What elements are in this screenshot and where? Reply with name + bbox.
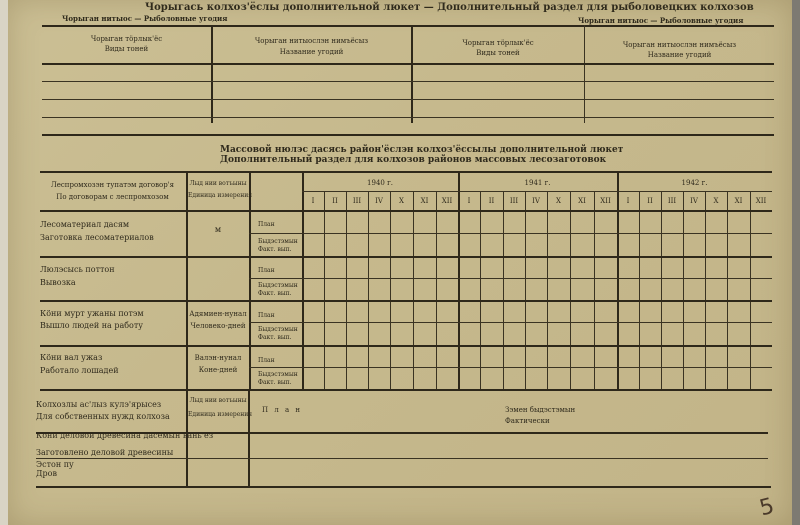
fact-label-ru: Факт. вып.	[258, 246, 292, 254]
col-header-3-udm: Чорыган тӧрлык'ёс	[412, 38, 584, 48]
year-1940: 1940 г.	[302, 179, 458, 187]
row-4-ru: Работало лошадей	[40, 366, 119, 376]
grid-line	[324, 191, 325, 389]
fact-label-ru: Факт. вып.	[258, 290, 292, 298]
month-label: I	[458, 192, 480, 210]
month-label: II	[480, 192, 503, 210]
col-header-1-ru: Виды тоней	[42, 44, 211, 54]
plan-label: План	[258, 220, 275, 230]
unit-header-udm: Лыд нии вотъыны	[188, 180, 248, 187]
row-line	[40, 389, 772, 391]
top-section-title: Чорыгась колхоз'ёслы дополнительной люке…	[145, 3, 754, 13]
col-header-4-ru: Название угодий	[585, 50, 774, 60]
fact-label-udm: Быдэстэмын	[258, 371, 298, 379]
grid-line	[661, 191, 662, 389]
bottom-fact-udm: Зэмен быдэстэмын	[505, 405, 575, 415]
fact-label-udm: Быдэстэмын	[258, 326, 298, 334]
grid-line	[570, 191, 571, 389]
row-line	[42, 99, 774, 100]
section-bottom-line	[42, 134, 774, 136]
row-line	[40, 300, 772, 302]
grid-line	[346, 191, 347, 389]
row-2-ru: Вывозка	[40, 278, 76, 288]
grid-line	[727, 191, 728, 389]
grid-line	[547, 191, 548, 389]
fact-label-ru: Факт. вып.	[258, 379, 292, 387]
bottom-row-2-udm: Кӧни деловой древесина дасемын вань'ёз	[36, 431, 213, 440]
month-label: II	[639, 192, 661, 210]
row-line	[40, 256, 772, 258]
month-label: IV	[525, 192, 547, 210]
month-label: X	[390, 192, 413, 210]
header-left-udm: Леспромхозэн тупатэм договор'я	[40, 180, 185, 190]
fact-label-udm: Быдэстэмын	[258, 282, 298, 290]
month-label: XI	[413, 192, 436, 210]
row-line	[42, 81, 774, 82]
row-1-ru: Заготовка лесоматериалов	[40, 233, 154, 243]
row-4-udm: Кӧни вал ужаз	[40, 353, 102, 363]
grid-line	[683, 191, 684, 389]
plan-label: План	[258, 356, 275, 366]
bottom-row-1-ru: Для собственных нужд колхоза	[36, 412, 170, 422]
month-label: III	[661, 192, 683, 210]
table-bottom-line	[36, 486, 771, 488]
divider	[249, 171, 251, 389]
grid-line	[705, 191, 706, 389]
month-label: II	[324, 192, 346, 210]
col-header-2-udm: Чорыган нитыослэн нимъёсыз	[212, 36, 411, 46]
fact-label-ru: Факт. вып.	[258, 334, 292, 342]
bottom-unit-header-ru: Единица измерения	[188, 411, 248, 418]
month-label: I	[302, 192, 324, 210]
month-label: X	[705, 192, 727, 210]
grid-line	[639, 191, 640, 389]
month-label: XI	[570, 192, 594, 210]
grid-line	[750, 191, 751, 389]
row-4-unit-ru: Коне-дней	[188, 365, 248, 375]
bottom-row-1-udm: Колхозлы ас'лыз кулэ'ярысез	[36, 400, 161, 410]
sub-row-line	[249, 367, 772, 368]
document-page	[8, 0, 792, 525]
sub-row-line	[249, 278, 772, 279]
grid-line	[525, 191, 526, 389]
top-subtitle-left: Чорыган нитыос — Рыболовные угодия	[62, 14, 227, 24]
row-4-unit-udm: Валэн-нунал	[188, 353, 248, 363]
row-3-unit-ru: Человеко-дней	[188, 321, 248, 331]
col-header-3-ru: Виды тоней	[412, 48, 584, 58]
bottom-plan-label: П л а н	[262, 405, 302, 415]
row-line	[42, 117, 774, 118]
year-1942: 1942 г.	[617, 179, 772, 187]
middle-header-line	[40, 171, 772, 173]
month-label: I	[617, 192, 639, 210]
grid-line	[436, 191, 437, 389]
row-3-ru: Вышло людей на работу	[40, 321, 143, 331]
month-label: XII	[436, 192, 458, 210]
plan-label: План	[258, 311, 275, 321]
grid-line	[390, 191, 391, 389]
bottom-row-3-ru: Дров	[36, 469, 57, 479]
fact-label-udm: Быдэстэмын	[258, 238, 298, 246]
header-left-ru: По договорам с леспромхозом	[40, 192, 185, 202]
middle-title-udm: Массовой нюлэс дасясь район'ёслэн колхоз…	[220, 145, 623, 155]
sub-row-line	[249, 322, 772, 323]
year-1941: 1941 г.	[458, 179, 617, 187]
month-label: XII	[750, 192, 772, 210]
grid-line	[503, 191, 504, 389]
page-left-edge	[0, 0, 8, 525]
bottom-unit-header-udm: Лыд нии вотъыны	[188, 397, 248, 404]
bottom-fact-ru: Фактически	[505, 416, 550, 426]
month-label: IV	[368, 192, 390, 210]
row-line	[42, 63, 774, 65]
sub-row-line	[249, 233, 772, 234]
row-2-udm: Люлэсысь поттон	[40, 265, 115, 275]
row-line	[36, 458, 768, 459]
divider	[248, 389, 250, 486]
page-right-edge	[792, 0, 800, 525]
col-header-1-udm: Чорыган тӧрлык'ёс	[42, 34, 211, 44]
grid-line	[480, 191, 481, 389]
col-header-2-ru: Название угодий	[212, 47, 411, 57]
month-label: X	[547, 192, 570, 210]
row-3-unit-udm: Адямиен-нунал	[188, 309, 248, 319]
grid-line	[413, 191, 414, 389]
row-line	[40, 345, 772, 347]
row-3-udm: Кӧни мурт ужаны потэм	[40, 309, 144, 319]
month-label: III	[346, 192, 368, 210]
grid-line	[368, 191, 369, 389]
row-line	[40, 210, 772, 212]
row-1-unit: м	[188, 225, 248, 235]
month-label: IV	[683, 192, 705, 210]
month-label: XII	[594, 192, 617, 210]
col-header-4-udm: Чорыган нитыослэн нимъёсыз	[585, 40, 774, 50]
row-1-udm: Лесоматериал дасям	[40, 220, 129, 230]
month-label: XI	[727, 192, 750, 210]
month-label: III	[503, 192, 525, 210]
bottom-row-2-ru: Заготовлено деловой древесины	[36, 448, 173, 458]
plan-label: План	[258, 266, 275, 276]
unit-header-ru: Единица измерения	[188, 192, 248, 199]
grid-line	[594, 191, 595, 389]
middle-title-ru: Дополнительный раздел для колхозов район…	[220, 155, 606, 165]
top-header-line	[42, 25, 774, 27]
